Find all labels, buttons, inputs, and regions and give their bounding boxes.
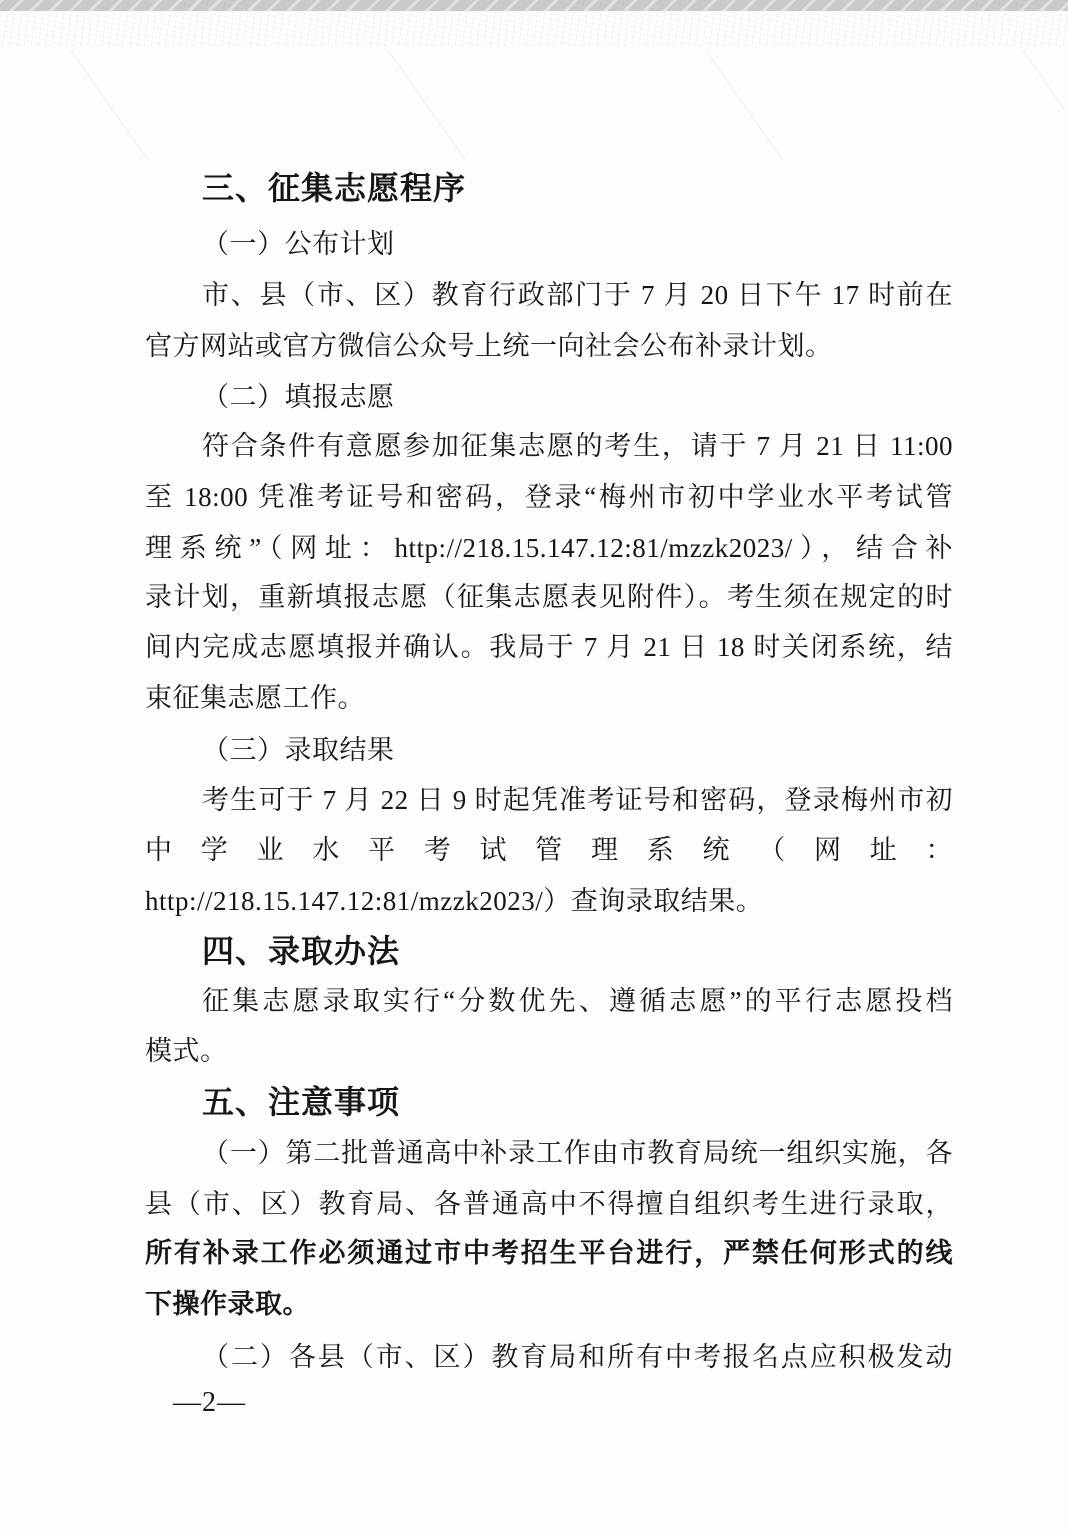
para-admission-method-line-2: 模式。 — [145, 1031, 953, 1071]
para-fill-application-line-6: 束征集志愿工作。 — [145, 678, 953, 718]
scan-scratch-band — [0, 50, 1068, 160]
subheading-3-1: （一）公布计划 — [145, 224, 953, 264]
scan-noise-band — [0, 12, 1068, 46]
para-fill-application-line-1: 符合条件有意愿参加征集志愿的考生，请于 7 月 21 日 11:00 — [145, 426, 953, 470]
para-publish-plan-line-1: 市、县（市、区）教育行政部门于 7 月 20 日下午 17 时前在 — [145, 275, 953, 319]
para-note-2-line-1: （二）各县（市、区）教育局和所有中考报名点应积极发动 — [145, 1337, 953, 1381]
page-number: —2— — [145, 1383, 953, 1423]
para-fill-application-line-3: 理系统”（网址：http://218.15.147.12:81/mzzk2023… — [145, 528, 953, 572]
para-fill-application-line-2: 至 18:00 凭准考证号和密码，登录“梅州市初中学业水平考试管 — [145, 477, 953, 521]
subheading-3-3: （三）录取结果 — [145, 730, 953, 770]
para-fill-application-line-4: 录计划，重新填报志愿（征集志愿表见附件）。考生须在规定的时 — [145, 577, 953, 621]
para-note-1-line-1: （一）第二批普通高中补录工作由市教育局统一组织实施，各 — [145, 1133, 953, 1177]
scan-edge-strip — [0, 0, 1068, 11]
para-note-1-line-4-bold: 下操作录取。 — [145, 1284, 953, 1324]
para-admission-method-line-1: 征集志愿录取实行“分数优先、遵循志愿”的平行志愿投档 — [145, 981, 953, 1025]
heading-section-5: 五、注意事项 — [145, 1082, 953, 1122]
para-admission-result-line-3: http://218.15.147.12:81/mzzk2023/）查询录取结果… — [145, 881, 953, 921]
heading-section-3: 三、征集志愿程序 — [145, 168, 953, 208]
heading-section-4: 四、录取办法 — [145, 931, 953, 971]
para-admission-result-line-1: 考生可于 7 月 22 日 9 时起凭准考证号和密码，登录梅州市初 — [145, 780, 953, 824]
document-page: 三、征集志愿程序 （一）公布计划 市、县（市、区）教育行政部门于 7 月 20 … — [0, 0, 1068, 1532]
subheading-3-2: （二）填报志愿 — [145, 377, 953, 417]
para-publish-plan-line-2: 官方网站或官方微信公众号上统一向社会公布补录计划。 — [145, 326, 953, 366]
para-admission-result-line-2: 中学业水平考试管理系统（网址： — [145, 830, 953, 874]
para-note-1-line-3-bold: 所有补录工作必须通过市中考招生平台进行，严禁任何形式的线 — [145, 1233, 953, 1277]
para-note-1-line-2: 县（市、区）教育局、各普通高中不得擅自组织考生进行录取， — [145, 1184, 953, 1228]
para-fill-application-line-5: 间内完成志愿填报并确认。我局于 7 月 21 日 18 时关闭系统，结 — [145, 627, 953, 671]
